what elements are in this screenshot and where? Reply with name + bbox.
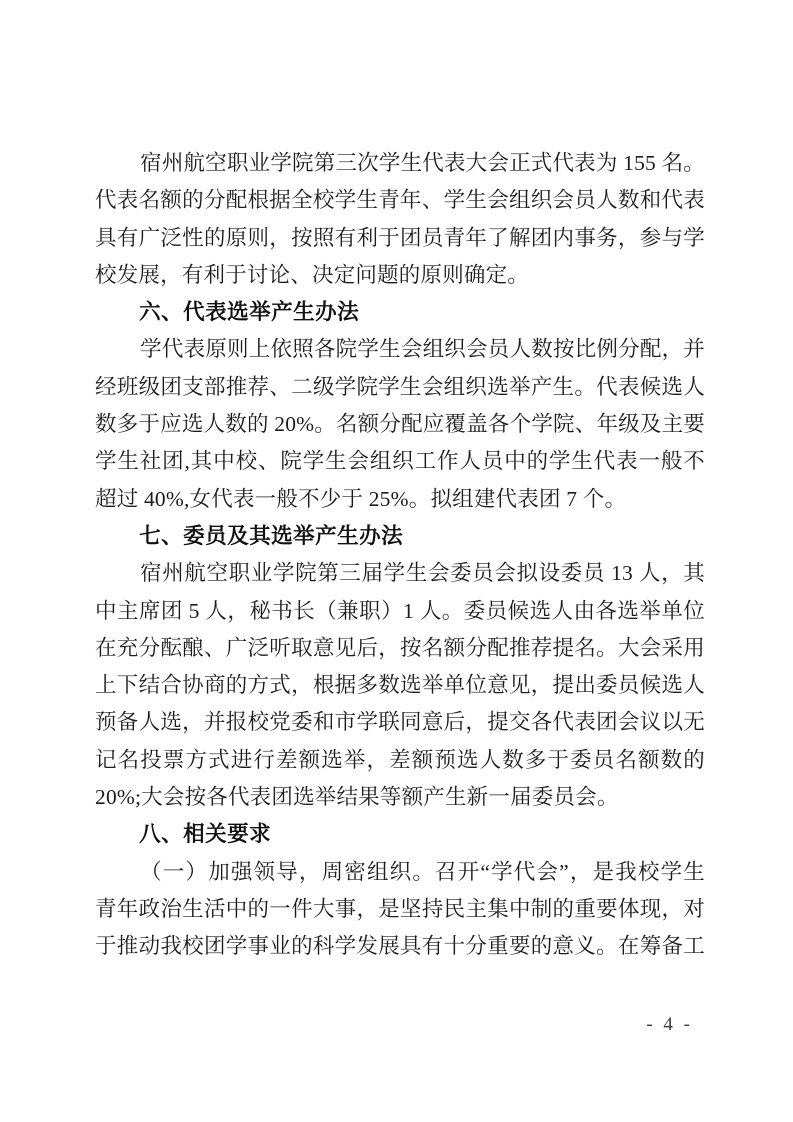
paragraph-line: 于推动我校团学事业的科学发展具有十分重要的意义。在筹备工 xyxy=(95,928,705,965)
paragraph-line: 学代表原则上依照各院学生会组织会员人数按比例分配，并 xyxy=(95,331,705,368)
paragraph-line: （一）加强领导，周密组织。召开“学代会”，是我校学生 xyxy=(95,854,705,891)
paragraph-line: 宿州航空职业学院第三次学生代表大会正式代表为 155 名。 xyxy=(95,145,705,182)
section-heading-seven: 七、委员及其选举产生办法 xyxy=(95,518,705,555)
paragraph-line: 上下结合协商的方式，根据多数选举单位意见，提出委员候选人 xyxy=(95,667,705,704)
paragraph-line: 具有广泛性的原则，按照有利于团员青年了解团内事务，参与学 xyxy=(95,220,705,257)
paragraph-line: 青年政治生活中的一件大事，是坚持民主集中制的重要体现，对 xyxy=(95,891,705,928)
paragraph-line: 数多于应选人数的 20%。名额分配应覆盖各个学院、年级及主要 xyxy=(95,406,705,443)
paragraph-line: 代表名额的分配根据全校学生青年、学生会组织会员人数和代表 xyxy=(95,182,705,219)
paragraph-line: 宿州航空职业学院第三届学生会委员会拟设委员 13 人，其 xyxy=(95,555,705,592)
page-number: - 4 - xyxy=(646,1014,693,1036)
document-page: 宿州航空职业学院第三次学生代表大会正式代表为 155 名。 代表名额的分配根据全… xyxy=(0,0,793,1122)
paragraph-line: 中主席团 5 人，秘书长（兼职）1 人。委员候选人由各选举单位 xyxy=(95,593,705,630)
paragraph-line: 超过 40%,女代表一般不少于 25%。拟组建代表团 7 个。 xyxy=(95,481,705,518)
paragraph-line: 经班级团支部推荐、二级学院学生会组织选举产生。代表候选人 xyxy=(95,369,705,406)
paragraph-line: 预备人选，并报校党委和市学联同意后，提交各代表团会议以无 xyxy=(95,704,705,741)
paragraph-line: 在充分酝酿、广泛听取意见后，按名额分配推荐提名。大会采用 xyxy=(95,630,705,667)
section-heading-six: 六、代表选举产生办法 xyxy=(95,294,705,331)
paragraph-line: 20%;大会按各代表团选举结果等额产生新一届委员会。 xyxy=(95,779,705,816)
paragraph-line: 记名投票方式进行差额选举，差额预选人数多于委员名额数的 xyxy=(95,742,705,779)
paragraph-line: 学生社团,其中校、院学生会组织工作人员中的学生代表一般不 xyxy=(95,443,705,480)
document-body: 宿州航空职业学院第三次学生代表大会正式代表为 155 名。 代表名额的分配根据全… xyxy=(95,145,705,966)
paragraph-line: 校发展，有利于讨论、决定问题的原则确定。 xyxy=(95,257,705,294)
section-heading-eight: 八、相关要求 xyxy=(95,816,705,853)
